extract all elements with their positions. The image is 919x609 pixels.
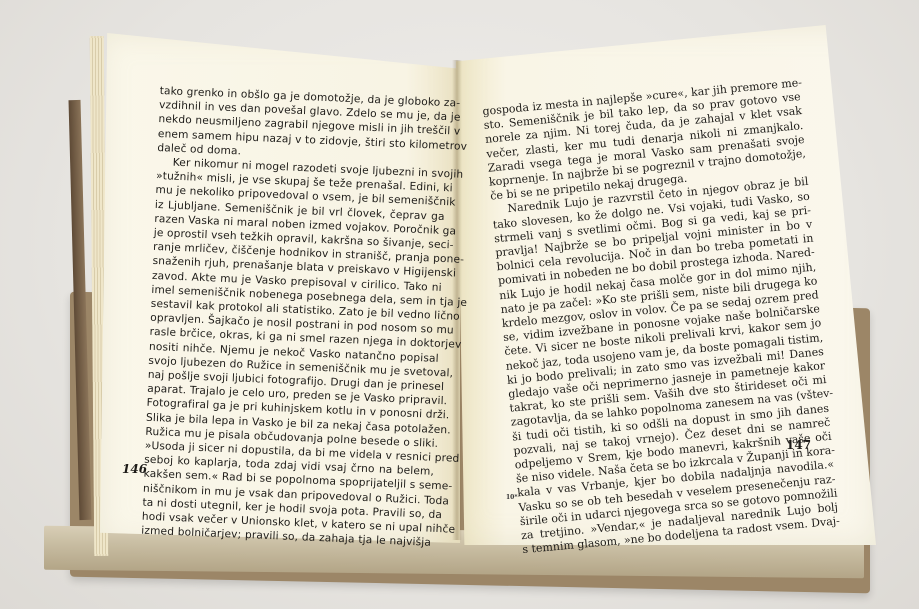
right-page-text: gospoda iz mesta in najlepše »cure«, kar… [482, 76, 840, 557]
page-number-right: 147 [786, 438, 811, 452]
signature-mark: 10* [506, 494, 518, 501]
page-number-left: 146 [122, 462, 147, 476]
left-page-text: tako grenko in obšlo ga je domotožje, da… [141, 84, 450, 550]
